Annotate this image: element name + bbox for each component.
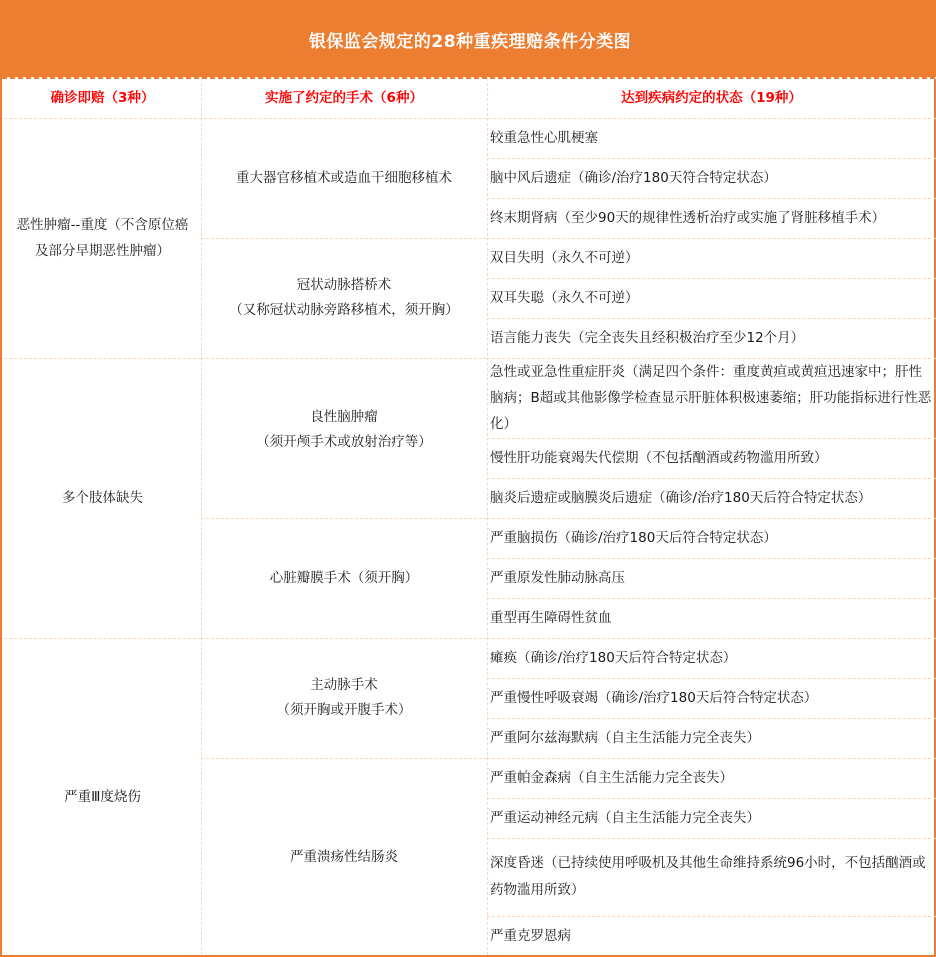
diagnosis-item: 恶性肿瘤--重度（不含原位癌 及部分早期恶性肿瘤） xyxy=(4,118,201,358)
page-title: 银保监会规定的28种重疾理赔条件分类图 xyxy=(2,0,936,78)
surgery-line: 重大器官移植术或造血干细胞移植术 xyxy=(236,165,452,191)
surgery-item: 主动脉手术 （须开胸或开腹手术） xyxy=(201,638,487,758)
condition-item: 语言能力丧失（完全丧失且经积极治疗至少12个月） xyxy=(487,318,936,358)
surgery-item: 心脏瓣膜手术（须开胸） xyxy=(201,518,487,638)
diagnosis-line: 多个肢体缺失 xyxy=(62,485,143,511)
condition-item: 严重帕金森病（自主生活能力完全丧失） xyxy=(487,758,936,798)
diagnosis-line: 严重Ⅲ度烧伤 xyxy=(64,784,141,810)
condition-item: 急性或亚急性重症肝炎（满足四个条件：重度黄疸或黄疸迅速家中；肝性脑病；B超或其他… xyxy=(487,358,936,438)
column-header-diagnosis: 确诊即赔（3种） xyxy=(4,78,201,118)
surgery-line: 良性脑肿瘤 xyxy=(310,405,378,430)
condition-item: 深度昏迷（已持续使用呼吸机及其他生命维持系统96小时，不包括酗酒或药物滥用所致） xyxy=(487,838,936,916)
condition-item: 严重克罗恩病 xyxy=(487,916,936,955)
condition-item: 较重急性心肌梗塞 xyxy=(487,118,936,158)
surgery-line: （须开胸或开腹手术） xyxy=(277,698,412,723)
diagnosis-item: 多个肢体缺失 xyxy=(4,358,201,638)
condition-item: 慢性肝功能衰竭失代偿期（不包括酗酒或药物滥用所致） xyxy=(487,438,936,478)
condition-item: 重型再生障碍性贫血 xyxy=(487,598,936,638)
diagnosis-line: 及部分早期恶性肿瘤） xyxy=(35,238,170,264)
classification-table: 银保监会规定的28种重疾理赔条件分类图 确诊即赔（3种） 实施了约定的手术（6种… xyxy=(0,0,936,957)
surgery-line: 冠状动脉搭桥术 xyxy=(297,273,392,298)
surgery-line: 心脏瓣膜手术（须开胸） xyxy=(270,565,419,591)
condition-item: 脑中风后遗症（确诊/治疗180天符合特定状态） xyxy=(487,158,936,198)
surgery-item: 冠状动脉搭桥术 （又称冠状动脉旁路移植术，须开胸） xyxy=(201,238,487,358)
condition-item: 严重原发性肺动脉高压 xyxy=(487,558,936,598)
condition-item: 双目失明（永久不可逆） xyxy=(487,238,936,278)
surgery-line: 主动脉手术 xyxy=(310,673,378,698)
condition-item: 瘫痪（确诊/治疗180天后符合特定状态） xyxy=(487,638,936,678)
condition-item: 终末期肾病（至少90天的规律性透析治疗或实施了肾脏移植手术） xyxy=(487,198,936,238)
diagnosis-line: 恶性肿瘤--重度（不含原位癌 xyxy=(17,212,189,238)
surgery-line: （须开颅手术或放射治疗等） xyxy=(256,430,432,455)
condition-item: 严重阿尔兹海默病（自主生活能力完全丧失） xyxy=(487,718,936,758)
column-header-surgery: 实施了约定的手术（6种） xyxy=(201,78,487,118)
surgery-item: 重大器官移植术或造血干细胞移植术 xyxy=(201,118,487,238)
condition-item: 严重运动神经元病（自主生活能力完全丧失） xyxy=(487,798,936,838)
condition-item: 严重慢性呼吸衰竭（确诊/治疗180天后符合特定状态） xyxy=(487,678,936,718)
condition-item: 严重脑损伤（确诊/治疗180天后符合特定状态） xyxy=(487,518,936,558)
surgery-item: 良性脑肿瘤 （须开颅手术或放射治疗等） xyxy=(201,358,487,518)
surgery-line: （又称冠状动脉旁路移植术，须开胸） xyxy=(229,298,459,323)
diagnosis-item: 严重Ⅲ度烧伤 xyxy=(4,638,201,955)
surgery-line: 严重溃疡性结肠炎 xyxy=(290,844,398,870)
surgery-item: 严重溃疡性结肠炎 xyxy=(201,758,487,955)
condition-item: 脑炎后遗症或脑膜炎后遗症（确诊/治疗180天后符合特定状态） xyxy=(487,478,936,518)
condition-item: 双耳失聪（永久不可逆） xyxy=(487,278,936,318)
column-header-condition: 达到疾病约定的状态（19种） xyxy=(487,78,936,118)
